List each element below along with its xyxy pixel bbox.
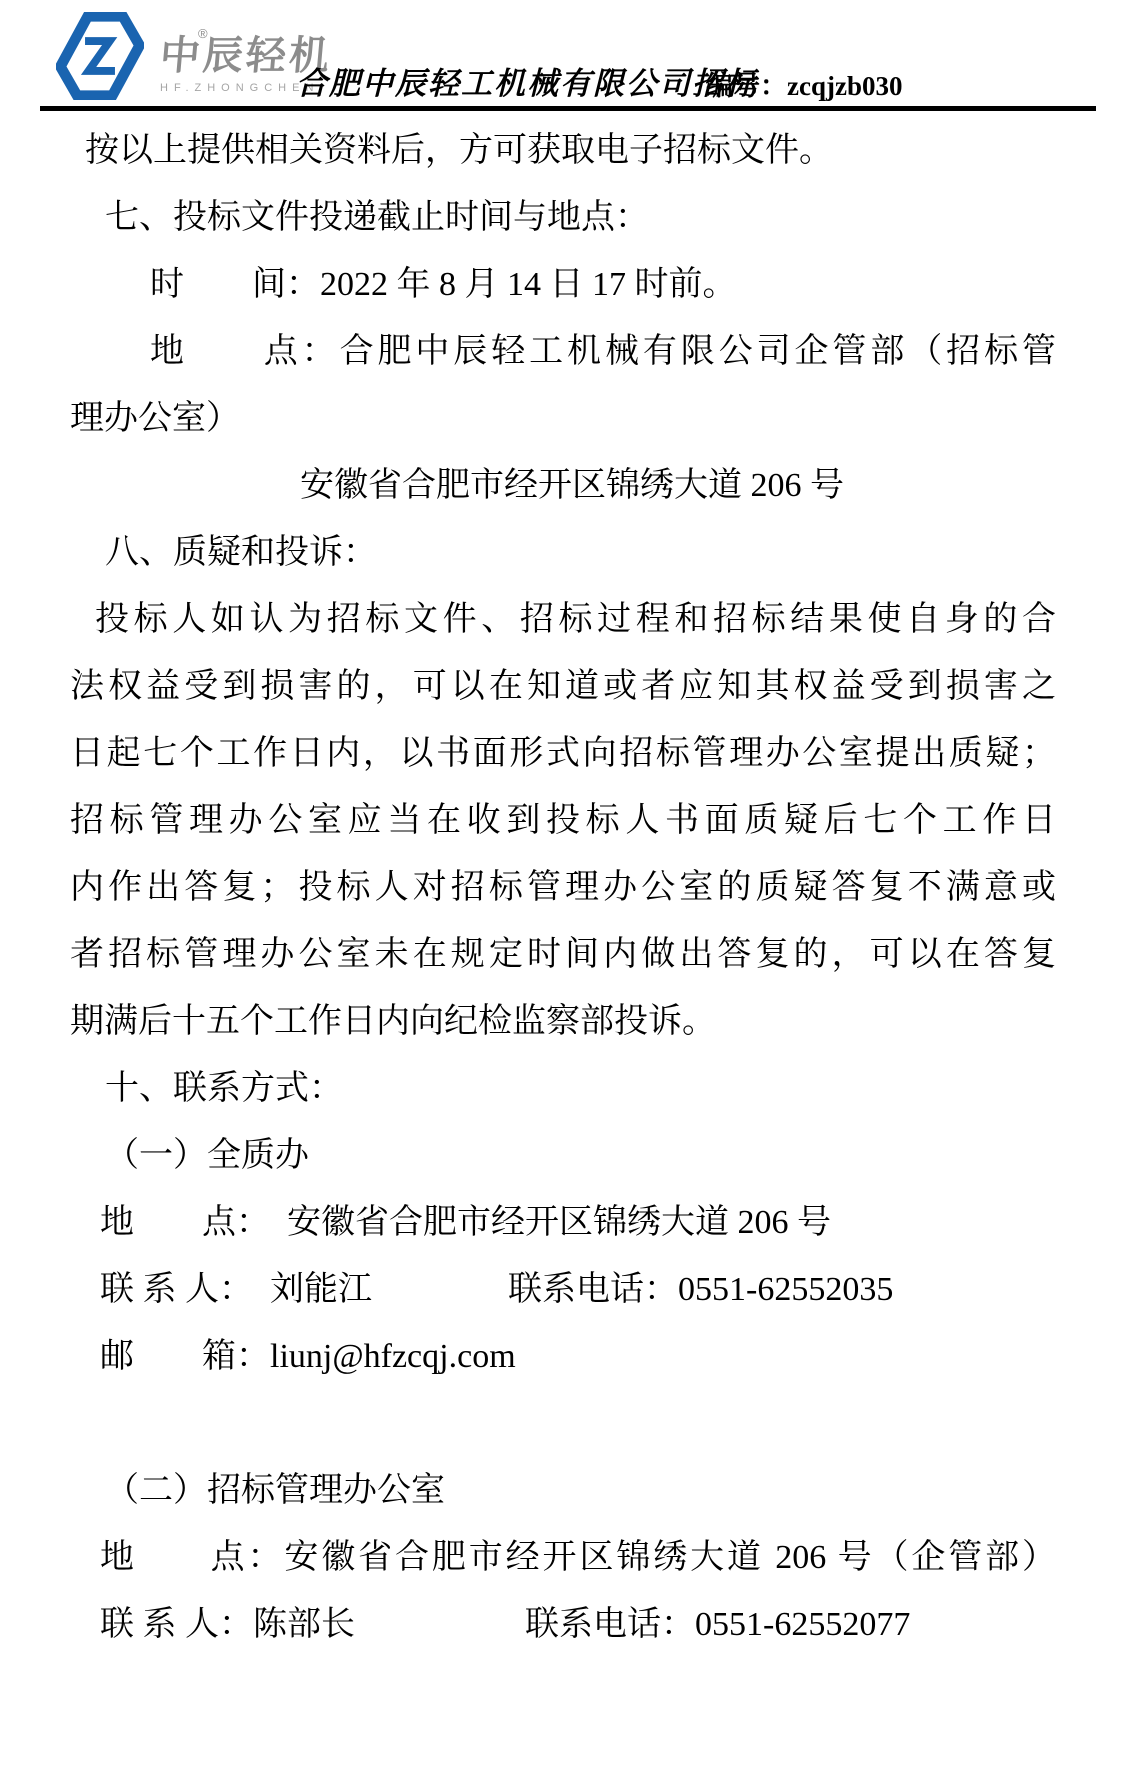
- text-line: [70, 1390, 1056, 1457]
- text-line: 时 间：2022 年 8 月 14 日 17 时前。: [70, 251, 1056, 318]
- zhongchen-logo-icon: [56, 12, 144, 100]
- text-line: 联 系 人： 刘能江 联系电话：0551-62552035: [70, 1256, 1056, 1323]
- text-line: 日起七个工作日内，以书面形式向招标管理办公室提出质疑；: [70, 720, 1056, 787]
- section-heading: 七、投标文件投递截止时间与地点：: [70, 184, 1056, 251]
- text-line: 邮 箱：liunj@hfzcqj.com: [70, 1323, 1056, 1390]
- section-heading: （二）招标管理办公室: [70, 1457, 1056, 1524]
- text-line: 者招标管理办公室未在规定时间内做出答复的，可以在答复: [70, 921, 1056, 988]
- text-line: 期满后十五个工作日内向纪检监察部投诉。: [70, 988, 1056, 1055]
- document-page: { "page": {"width": 1126, "height": 1790…: [0, 0, 1126, 1790]
- doc-number-label: 编号：: [706, 71, 787, 101]
- header-divider-rule: [40, 106, 1096, 111]
- text-line: 地 点：合肥中辰轻工机械有限公司企管部（招标管: [70, 318, 1056, 385]
- text-line: 安徽省合肥市经开区锦绣大道 206 号: [70, 452, 1056, 519]
- section-heading: （一）全质办: [70, 1122, 1056, 1189]
- section-heading: 八、质疑和投诉：: [70, 519, 1056, 586]
- document-body: 按以上提供相关资料后，方可获取电子招标文件。七、投标文件投递截止时间与地点：时 …: [70, 117, 1056, 1658]
- text-line: 投标人如认为招标文件、招标过程和招标结果使自身的合: [70, 586, 1056, 653]
- section-heading: 十、联系方式：: [70, 1055, 1056, 1122]
- text-line: 地 点： 安徽省合肥市经开区锦绣大道 206 号: [70, 1189, 1056, 1256]
- text-line: 招标管理办公室应当在收到投标人书面质疑后七个工作日: [70, 787, 1056, 854]
- text-line: 理办公室）: [70, 385, 1056, 452]
- text-line: 法权益受到损害的，可以在知道或者应知其权益受到损害之: [70, 653, 1056, 720]
- text-line: 地 点：安徽省合肥市经开区锦绣大道 206 号（企管部）: [70, 1524, 1056, 1591]
- text-line: 按以上提供相关资料后，方可获取电子招标文件。: [70, 117, 1056, 184]
- company-logo: ® 中辰轻机 HF.ZHONGCHEN: [56, 12, 332, 100]
- doc-number-value: zcqjzb030: [787, 71, 902, 101]
- text-line: 联 系 人：陈部长 联系电话：0551-62552077: [70, 1591, 1056, 1658]
- text-line: 内作出答复；投标人对招标管理办公室的质疑答复不满意或: [70, 854, 1056, 921]
- letterhead-title: 合肥中辰轻工机械有限公司招标: [296, 58, 758, 103]
- zhongchen-logo-icon-svg: [56, 12, 144, 100]
- doc-number: 编号：zcqjzb030: [706, 64, 902, 103]
